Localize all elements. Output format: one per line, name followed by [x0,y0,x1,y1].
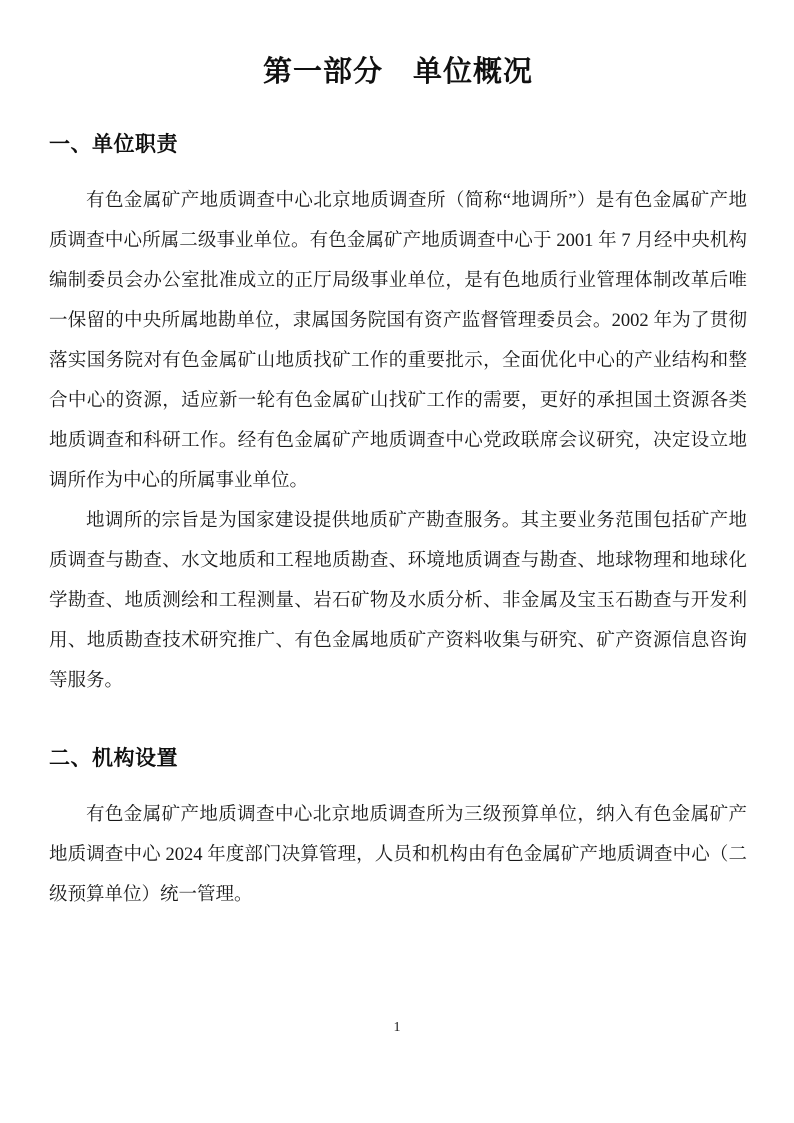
document-page: 第一部分 单位概况 一、单位职责 有色金属矿产地质调查中心北京地质调查所（简称“… [0,0,794,1123]
paragraph-unit-history: 有色金属矿产地质调查中心北京地质调查所（简称“地调所”）是有色金属矿产地质调查中… [49,181,747,501]
section-heading-org-structure: 二、机构设置 [49,743,747,773]
page-number: 1 [0,1020,794,1036]
document-content: 第一部分 单位概况 一、单位职责 有色金属矿产地质调查中心北京地质调查所（简称“… [0,0,794,915]
section-org-structure: 二、机构设置 有色金属矿产地质调查中心北京地质调查所为三级预算单位，纳入有色金属… [49,743,747,915]
section-unit-duties: 一、单位职责 有色金属矿产地质调查中心北京地质调查所（简称“地调所”）是有色金属… [49,129,747,701]
section-heading-unit-duties: 一、单位职责 [49,129,747,159]
paragraph-unit-purpose: 地调所的宗旨是为国家建设提供地质矿产勘查服务。其主要业务范围包括矿产地质调查与勘… [49,501,747,701]
document-title: 第一部分 单位概况 [49,0,747,93]
paragraph-budget-management: 有色金属矿产地质调查中心北京地质调查所为三级预算单位，纳入有色金属矿产地质调查中… [49,795,747,915]
